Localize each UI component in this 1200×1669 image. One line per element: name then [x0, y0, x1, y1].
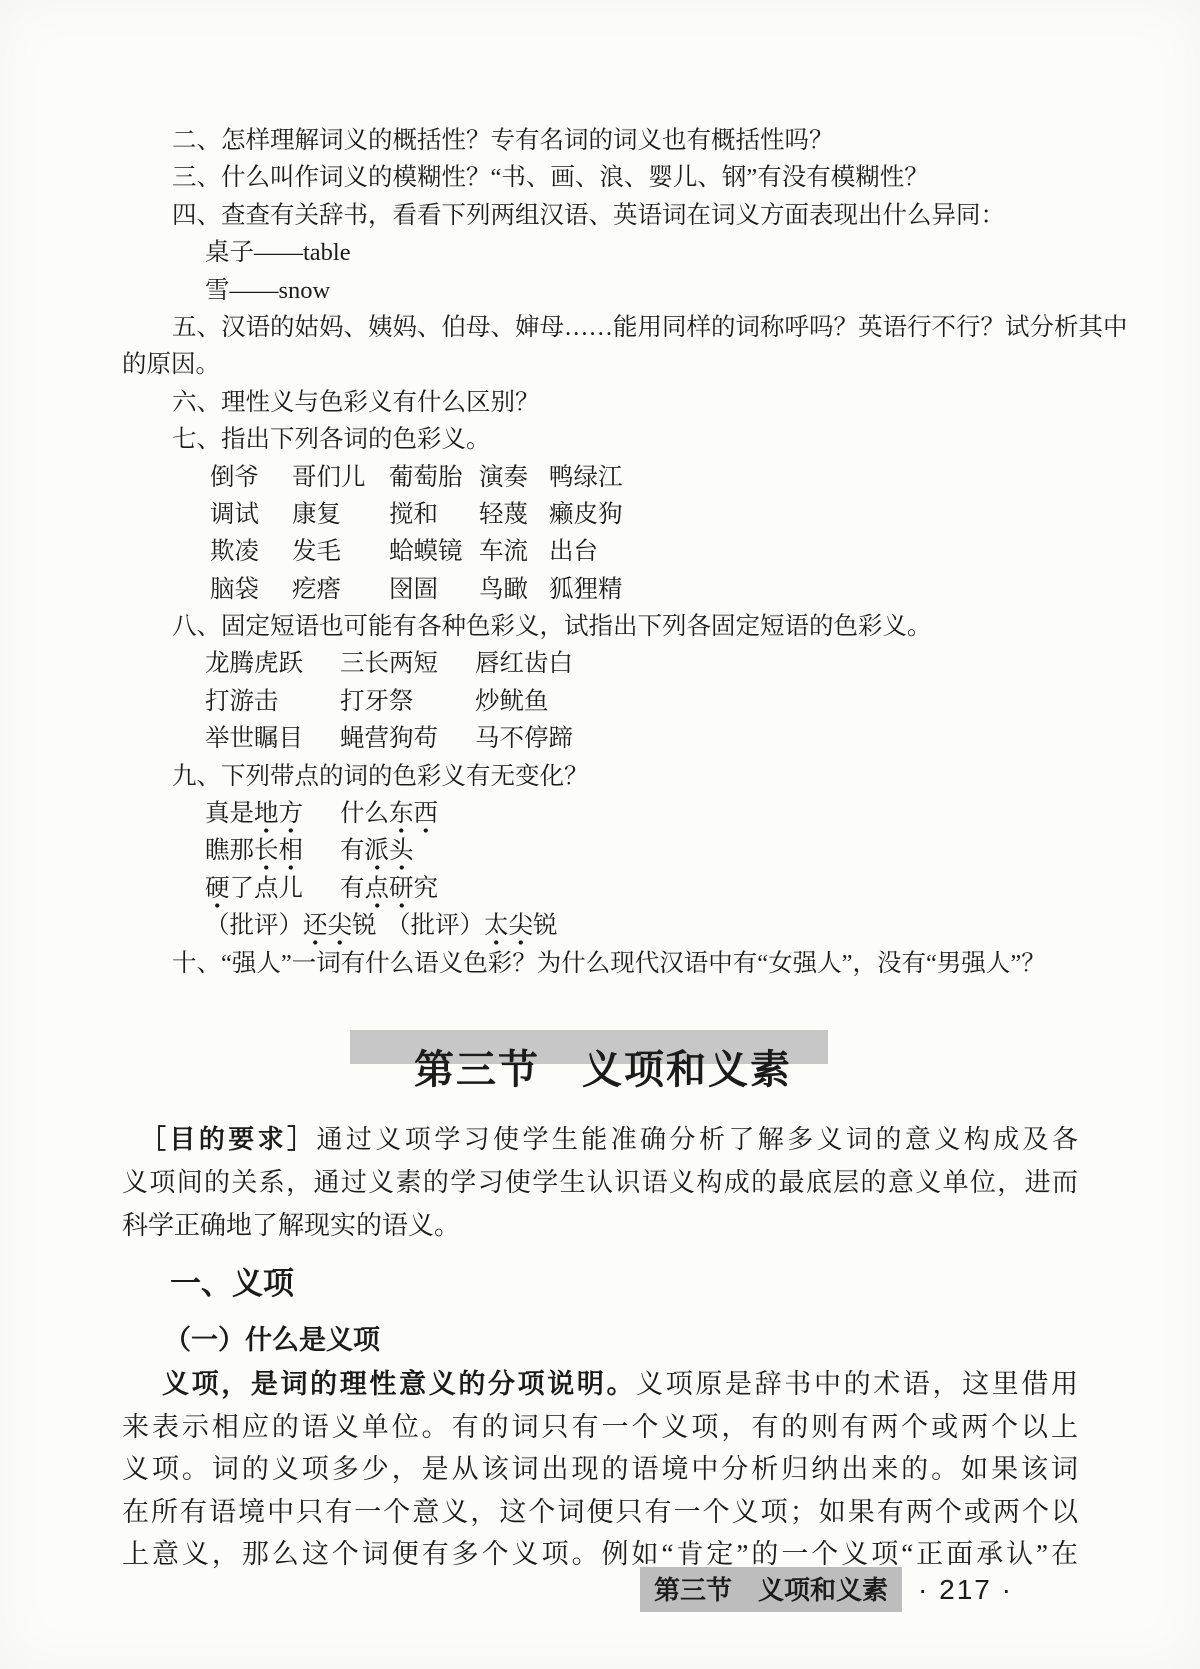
item-text: 固定短语也可能有各种色彩义，试指出下列各固定短语的色彩义。	[221, 613, 932, 640]
item-number: 七、	[172, 426, 221, 453]
exercise-list: 二、怎样理解词义的概括性？专有名词的词义也有概括性吗？ 三、什么叫作词义的模糊性…	[122, 122, 1078, 982]
phrase: 举世瞩目	[205, 720, 340, 757]
dotted-phrase-row: （批评）还尖锐（批评）太尖锐	[122, 907, 1078, 944]
plain-text: 瞧那	[205, 837, 254, 864]
word: 调试	[210, 496, 292, 533]
word: 脑袋	[210, 571, 292, 608]
phrase-grid-row: 举世瞩目蝇营狗苟马不停蹄	[122, 720, 1078, 757]
exercise-item-10: 十、“强人”一词有什么语义色彩？为什么现代汉语中有“女强人”，没有“男强人”？	[122, 945, 1078, 982]
body-line3: 义项。词的义项多少，是从该词出现的语境中分析归纳出来的。如果该词	[122, 1448, 1078, 1491]
item-number: 五、	[172, 314, 221, 341]
page-number: · 217 ·	[918, 1574, 1013, 1606]
word: 哥们儿	[292, 459, 389, 496]
body-line2: 来表示相应的语义单位。有的词只有一个义项，有的则有两个或两个以上	[122, 1406, 1078, 1449]
word-grid-row: 欺凌发毛蛤蟆镜车流出台	[122, 533, 1078, 570]
objective-line3: 科学正确地了解现实的语义。	[122, 1204, 1078, 1247]
exercise-item-2: 二、怎样理解词义的概括性？专有名词的词义也有概括性吗？	[122, 122, 1078, 159]
item-number: 十、	[172, 950, 221, 977]
dash: ——	[230, 277, 279, 304]
section-heading: 第三节 义项和义素	[122, 1030, 1078, 1118]
dotted-phrase: 真是地方	[205, 795, 340, 832]
word: 疙瘩	[292, 571, 389, 608]
english-word: table	[303, 239, 351, 266]
item-number: 九、	[172, 763, 221, 790]
phrase: 打牙祭	[340, 683, 475, 720]
dotted-phrase: （批评）太尖锐	[386, 907, 558, 944]
word: 演奏	[479, 459, 549, 496]
objective-label: ［目的要求］	[140, 1124, 317, 1154]
dash: ——	[254, 239, 303, 266]
dotted-phrase: 有派头	[340, 832, 414, 869]
subheading-what-is-yixiang: （一）什么是义项	[122, 1319, 1078, 1361]
exercise-item-5-line1: 五、汉语的姑妈、姨妈、伯母、婶母……能用同样的词称呼吗？英语行不行？试分析其中	[122, 309, 1078, 346]
word-grid-row: 脑袋疙瘩囹圄鸟瞰狐狸精	[122, 571, 1078, 608]
word: 囹圄	[389, 571, 479, 608]
item-text: 怎样理解词义的概括性？专有名词的词义也有概括性吗？	[221, 127, 834, 154]
exercise-item-6: 六、理性义与色彩义有什么区别？	[122, 384, 1078, 421]
item-number: 八、	[172, 613, 221, 640]
word: 蛤蟆镜	[389, 533, 479, 570]
dotted-phrase: 硬了点儿	[205, 870, 340, 907]
phrase: 马不停蹄	[475, 720, 573, 757]
body-paragraph: 义项，是词的理性意义的分项说明。义项原是辞书中的术语，这里借用 来表示相应的语义…	[122, 1363, 1078, 1576]
item-text: 理性义与色彩义有什么区别？	[221, 389, 540, 416]
chinese-word: 雪	[205, 277, 230, 304]
word: 搅和	[389, 496, 479, 533]
dotted-phrase-row: 真是地方什么东西	[122, 795, 1078, 832]
word: 癞皮狗	[549, 496, 623, 533]
objective-paragraph: ［目的要求］通过义项学习使学生能准确分析了解多义词的意义构成及各 义项间的关系，…	[122, 1118, 1078, 1247]
emphasized-text: 还尖	[303, 912, 352, 945]
item-number: 三、	[172, 164, 221, 191]
item-text: 查查有关辞书，看看下列两组汉语、英语词在词义方面表现出什么异同：	[221, 202, 1005, 229]
word-grid-row: 调试康复搅和轻蔑癞皮狗	[122, 496, 1078, 533]
phrase: 打游击	[205, 683, 340, 720]
plain-text: 锐	[533, 912, 558, 939]
word: 康复	[292, 496, 389, 533]
word: 狐狸精	[549, 571, 623, 608]
emphasized-text: 硬	[205, 875, 230, 908]
translation-pair: 雪——snow	[122, 272, 1078, 309]
plain-text: （批评）	[386, 912, 484, 939]
plain-text: 有	[340, 837, 365, 864]
dotted-phrase-row: 硬了点儿有点研究	[122, 870, 1078, 907]
book-page: 二、怎样理解词义的概括性？专有名词的词义也有概括性吗？ 三、什么叫作词义的模糊性…	[0, 0, 1200, 1669]
plain-text: 什么	[340, 800, 389, 827]
objective-line1: ［目的要求］通过义项学习使学生能准确分析了解多义词的意义构成及各	[122, 1118, 1078, 1161]
dotted-phrase: 瞧那长相	[205, 832, 340, 869]
phrase: 炒鱿鱼	[475, 683, 549, 720]
exercise-item-8: 八、固定短语也可能有各种色彩义，试指出下列各固定短语的色彩义。	[122, 608, 1078, 645]
footer-section-label: 第三节 义项和义素	[640, 1567, 902, 1612]
plain-text: （批评）	[205, 912, 303, 939]
phrase-grid-row: 龙腾虎跃三长两短唇红齿白	[122, 645, 1078, 682]
page-content: 二、怎样理解词义的概括性？专有名词的词义也有概括性吗？ 三、什么叫作词义的模糊性…	[122, 122, 1078, 1576]
plain-text: 究	[414, 875, 439, 902]
exercise-item-5-line2: 的原因。	[122, 346, 1078, 383]
phrase: 唇红齿白	[475, 645, 573, 682]
emphasized-text: 太尖	[484, 912, 533, 945]
emphasized-text: 长相	[254, 837, 303, 870]
emphasized-text: 派头	[365, 837, 414, 870]
word-grid-row: 倒爷哥们儿葡萄胎演奏鸭绿江	[122, 459, 1078, 496]
objective-line2: 义项间的关系，通过义素的学习使学生认识语义构成的最底层的意义单位，进而	[122, 1161, 1078, 1204]
word: 轻蔑	[479, 496, 549, 533]
emphasized-text: 东西	[389, 800, 438, 833]
exercise-item-3: 三、什么叫作词义的模糊性？“书、画、浪、婴儿、钢”有没有模糊性？	[122, 159, 1078, 196]
page-footer: 第三节 义项和义素· 217 ·	[640, 1567, 1013, 1612]
exercise-item-9: 九、下列带点的词的色彩义有无变化？	[122, 758, 1078, 795]
word: 出台	[549, 533, 598, 570]
emphasized-text: 地方	[254, 800, 303, 833]
body-line4: 在所有语境中只有一个意义，这个词便只有一个义项；如果有两个或两个以	[122, 1491, 1078, 1534]
exercise-item-4: 四、查查有关辞书，看看下列两组汉语、英语词在词义方面表现出什么异同：	[122, 197, 1078, 234]
word: 欺凌	[210, 533, 292, 570]
body-text: 义项原是辞书中的术语，这里借用	[636, 1369, 1078, 1399]
plain-text: 锐	[352, 912, 377, 939]
dotted-phrase: 什么东西	[340, 795, 438, 832]
section-title: 第三节 义项和义素	[414, 1038, 792, 1095]
bold-definition: 义项，是词的理性意义的分项说明。	[162, 1369, 636, 1399]
chinese-word: 桌子	[205, 239, 254, 266]
word: 倒爷	[210, 459, 292, 496]
plain-text: 真是	[205, 800, 254, 827]
english-word: snow	[279, 277, 331, 304]
exercise-item-7: 七、指出下列各词的色彩义。	[122, 421, 1078, 458]
item-number: 六、	[172, 389, 221, 416]
item-number: 二、	[172, 127, 221, 154]
heading-yixiang: 一、义项	[122, 1261, 1078, 1307]
item-text: 指出下列各词的色彩义。	[221, 426, 491, 453]
word: 葡萄胎	[389, 459, 479, 496]
objective-text: 通过义项学习使学生能准确分析了解多义词的意义构成及各	[317, 1125, 1078, 1154]
dotted-phrase: 有点研究	[340, 870, 438, 907]
item-number: 四、	[172, 202, 221, 229]
dotted-phrase: （批评）还尖锐	[205, 907, 386, 944]
phrase: 三长两短	[340, 645, 475, 682]
item-text: 汉语的姑妈、姨妈、伯母、婶母……能用同样的词称呼吗？英语行不行？试分析其中	[221, 314, 1128, 341]
phrase: 蝇营狗苟	[340, 720, 475, 757]
plain-text: 有	[340, 875, 365, 902]
word: 鸭绿江	[549, 459, 623, 496]
phrase-grid-row: 打游击打牙祭炒鱿鱼	[122, 683, 1078, 720]
body-line1: 义项，是词的理性意义的分项说明。义项原是辞书中的术语，这里借用	[122, 1363, 1078, 1406]
phrase: 龙腾虎跃	[205, 645, 340, 682]
item-text: 下列带点的词的色彩义有无变化？	[221, 763, 589, 790]
translation-pair: 桌子——table	[122, 234, 1078, 271]
dotted-phrase-row: 瞧那长相有派头	[122, 832, 1078, 869]
plain-text: 了点儿	[230, 875, 304, 902]
item-text: “强人”一词有什么语义色彩？为什么现代汉语中有“女强人”，没有“男强人”？	[221, 950, 1046, 977]
word: 鸟瞰	[479, 571, 549, 608]
item-text: 的原因。	[122, 351, 220, 378]
emphasized-text: 点研	[365, 875, 414, 908]
word: 发毛	[292, 533, 389, 570]
item-text: 什么叫作词义的模糊性？“书、画、浪、婴儿、钢”有没有模糊性？	[221, 164, 929, 191]
word: 车流	[479, 533, 549, 570]
